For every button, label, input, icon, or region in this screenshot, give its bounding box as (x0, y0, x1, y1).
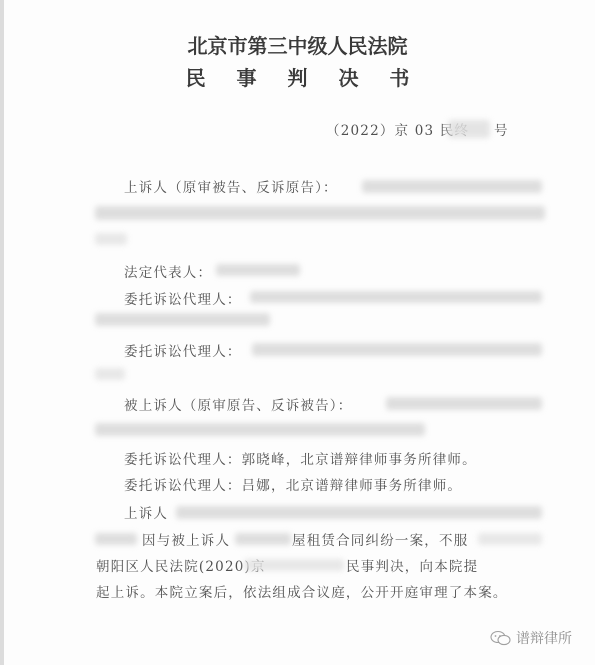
body-appellant: 上诉人 (124, 502, 168, 522)
court-name: 北京市第三中级人民法院 (0, 30, 595, 59)
case-number-suffix: 号 (494, 119, 509, 139)
redacted-text (244, 559, 344, 571)
body-line-2b: 民事判决，向本院提 (346, 555, 478, 575)
agent-guo-xiaofeng: 委托诉讼代理人：郭晓峰，北京谱辩律师事务所律师。 (124, 448, 477, 468)
appellant-label: 上诉人（原审被告、反诉原告）： (124, 176, 338, 196)
redacted-text (362, 180, 542, 193)
redacted-case-number (448, 120, 490, 138)
redacted-text (176, 506, 542, 519)
agent-lv-na: 委托诉讼代理人：吕娜，北京谱辩律师事务所律师。 (124, 474, 462, 494)
redacted-text (95, 368, 125, 380)
redacted-text (95, 533, 137, 545)
watermark: 谱辩律所 (490, 628, 572, 648)
redacted-text (386, 397, 542, 410)
body-line-1a: 因与被上诉人 (142, 529, 230, 549)
page-edge (0, 0, 4, 665)
redacted-text (235, 533, 291, 545)
redacted-text (95, 233, 127, 245)
watermark-text: 谱辩律所 (516, 628, 572, 648)
redacted-text (252, 343, 542, 356)
legal-rep-label: 法定代表人： (124, 261, 212, 281)
agent-label-2: 委托诉讼代理人： (124, 340, 242, 360)
redacted-text (95, 313, 270, 326)
redacted-text (95, 423, 425, 436)
redacted-text (250, 291, 542, 303)
body-line-3: 起上诉。本院立案后，依法组成合议庭，公开开庭审理了本案。 (96, 581, 508, 601)
document-type: 民 事 判 决 书 (0, 62, 595, 91)
redacted-text (478, 533, 542, 545)
redacted-text (216, 264, 300, 276)
body-line-2a: 朝阳区人民法院(2020)京 (96, 555, 266, 575)
body-line-1b: 屋租赁合同纠纷一案，不服 (292, 529, 468, 549)
wechat-icon (490, 630, 512, 646)
redacted-text (95, 206, 545, 220)
agent-label-1: 委托诉讼代理人： (124, 288, 242, 308)
appellee-label: 被上诉人（原审原告、反诉被告）： (124, 394, 352, 414)
